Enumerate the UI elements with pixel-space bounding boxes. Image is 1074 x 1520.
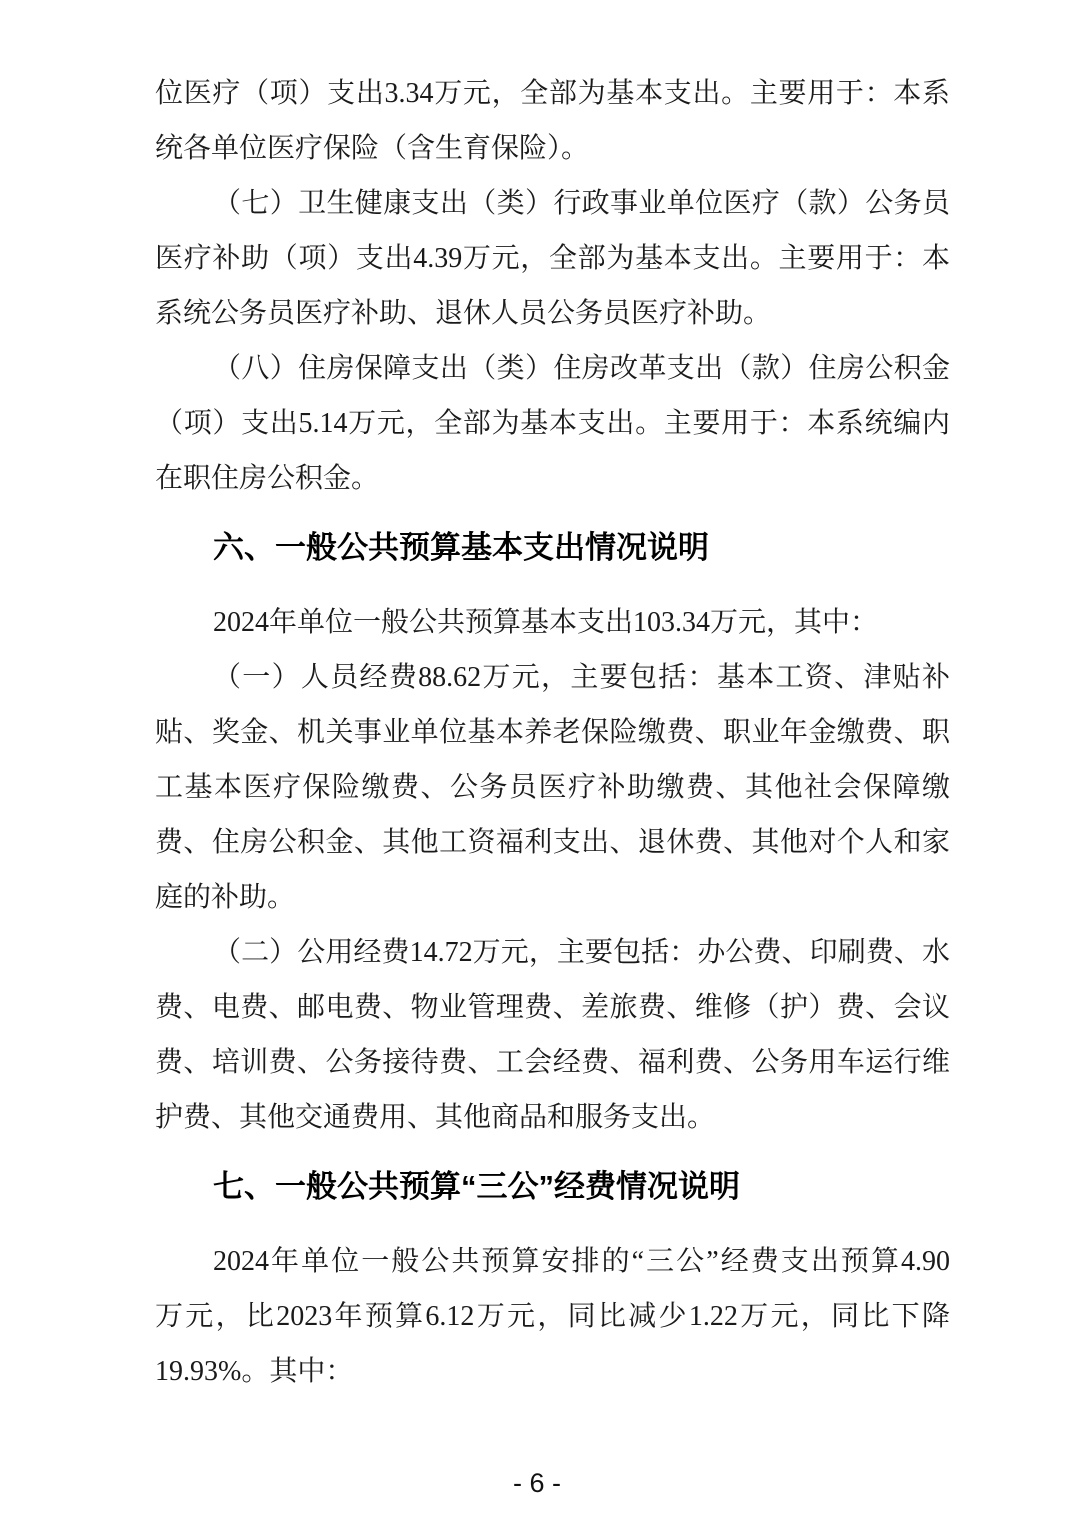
text-line: 在职住房公积金。 [155,451,950,506]
text-line: 位医疗（项）支出3.34万元，全部为基本支出。主要用于：本系 [155,66,950,121]
text-line: 19.93%。其中： [155,1344,950,1399]
document-page: 位医疗（项）支出3.34万元，全部为基本支出。主要用于：本系统各单位医疗保险（含… [0,0,1074,1520]
text-line: 2024年单位一般公共预算安排的“三公”经费支出预算4.90 [155,1234,950,1289]
text-line: 费、培训费、公务接待费、工会经费、福利费、公务用车运行维 [155,1035,950,1090]
text-line: 系统公务员医疗补助、退休人员公务员医疗补助。 [155,286,950,341]
text-line: 统各单位医疗保险（含生育保险）。 [155,121,950,176]
text-line: （八）住房保障支出（类）住房改革支出（款）住房公积金 [155,341,950,396]
heading-text: 七、一般公共预算“三公”经费情况说明 [213,1159,950,1214]
paragraph: 2024年单位一般公共预算安排的“三公”经费支出预算4.90万元，比2023年预… [155,1234,950,1399]
text-line: 庭的补助。 [155,870,950,925]
paragraph: （二）公用经费14.72万元，主要包括：办公费、印刷费、水费、电费、邮电费、物业… [155,925,950,1145]
text-line: （一）人员经费88.62万元，主要包括：基本工资、津贴补 [155,650,950,705]
text-line: （项）支出5.14万元，全部为基本支出。主要用于：本系统编内 [155,396,950,451]
paragraph: 2024年单位一般公共预算基本支出103.34万元，其中： [155,595,950,650]
text-line: 费、电费、邮电费、物业管理费、差旅费、维修（护）费、会议 [155,980,950,1035]
text-line: 工基本医疗保险缴费、公务员医疗补助缴费、其他社会保障缴 [155,760,950,815]
text-line: 贴、奖金、机关事业单位基本养老保险缴费、职业年金缴费、职 [155,705,950,760]
text-line: 2024年单位一般公共预算基本支出103.34万元，其中： [155,595,950,650]
text-line: 万元，比2023年预算6.12万元，同比减少1.22万元，同比下降 [155,1289,950,1344]
text-line: （七）卫生健康支出（类）行政事业单位医疗（款）公务员 [155,176,950,231]
document-body: 位医疗（项）支出3.34万元，全部为基本支出。主要用于：本系统各单位医疗保险（含… [155,66,950,1399]
section-heading: 七、一般公共预算“三公”经费情况说明 [155,1159,950,1214]
page-footer: - 6 - [0,1466,1074,1501]
text-line: 医疗补助（项）支出4.39万元，全部为基本支出。主要用于：本 [155,231,950,286]
paragraph: 位医疗（项）支出3.34万元，全部为基本支出。主要用于：本系统各单位医疗保险（含… [155,66,950,176]
paragraph: （八）住房保障支出（类）住房改革支出（款）住房公积金（项）支出5.14万元，全部… [155,341,950,506]
text-line: （二）公用经费14.72万元，主要包括：办公费、印刷费、水 [155,925,950,980]
paragraph: （一）人员经费88.62万元，主要包括：基本工资、津贴补贴、奖金、机关事业单位基… [155,650,950,925]
heading-text: 六、一般公共预算基本支出情况说明 [213,520,950,575]
section-heading: 六、一般公共预算基本支出情况说明 [155,520,950,575]
paragraph: （七）卫生健康支出（类）行政事业单位医疗（款）公务员医疗补助（项）支出4.39万… [155,176,950,341]
text-line: 费、住房公积金、其他工资福利支出、退休费、其他对个人和家 [155,815,950,870]
page-number: - 6 - [513,1468,561,1498]
text-line: 护费、其他交通费用、其他商品和服务支出。 [155,1090,950,1145]
